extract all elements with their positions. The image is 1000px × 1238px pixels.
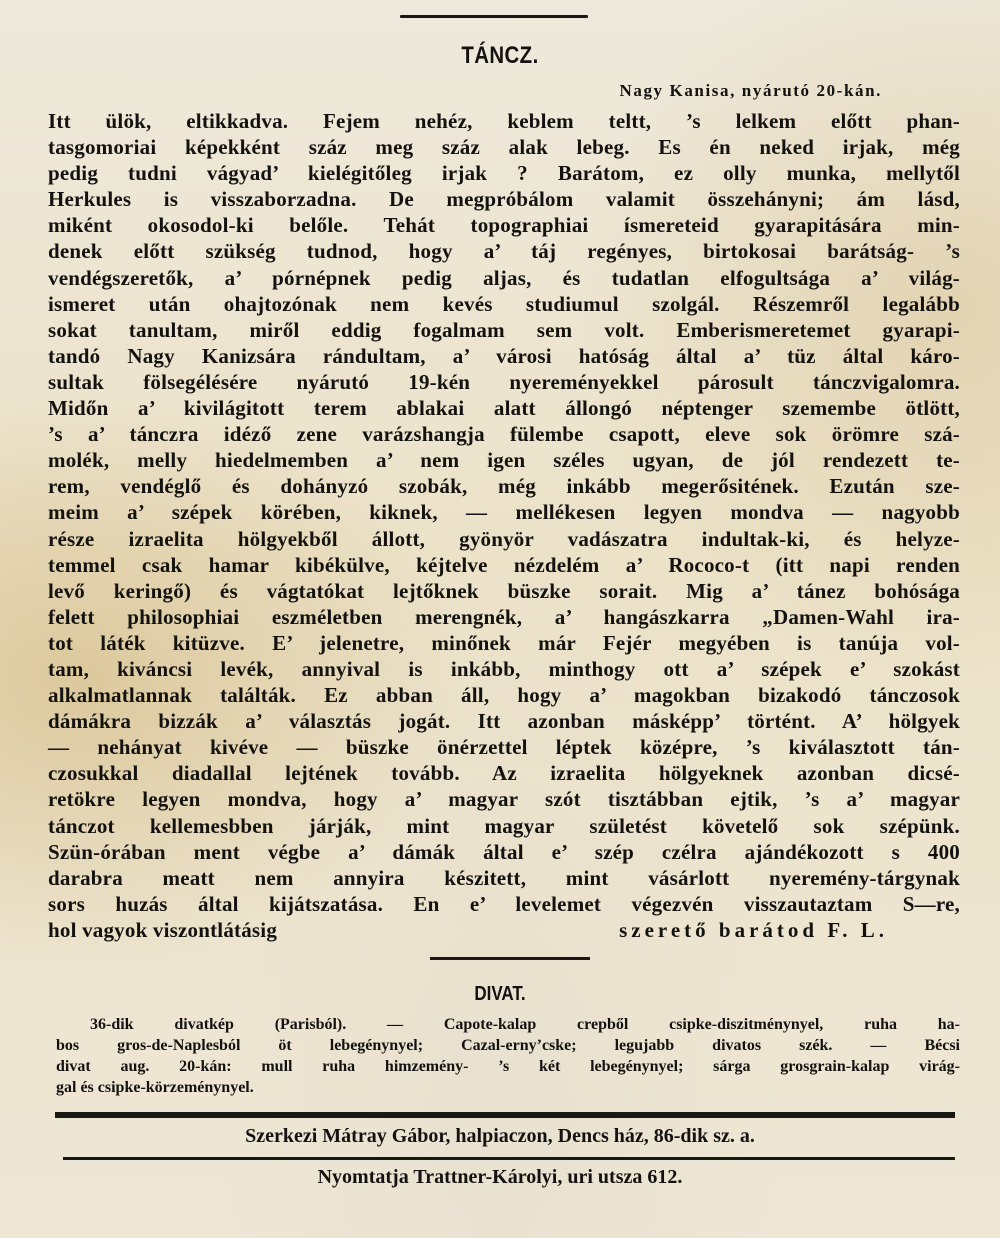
editor-line: Szerkezi Mátray Gábor, halpiaczon, Dencs… [0,1125,1000,1148]
body-line: tasgomoriai képekként száz meg száz alak… [48,134,960,160]
fashion-body: 36-dik divatkép (Parisból). — Capote-kal… [56,1014,960,1098]
body-line: felett philosophiai eszméletben merengné… [48,604,960,630]
body-line: darabra meatt nem annyira készitett, min… [48,865,960,891]
section-divider-rule [430,957,590,960]
body-line: molék, melly hiedelmemben a’ nem igen sz… [48,447,960,473]
colophon-mid-rule [63,1157,955,1160]
body-line: tandó Nagy Kanizsára rándultam, a’ város… [48,343,960,369]
body-line: rem, vendéglő és dohányzó szobák, még in… [48,473,960,499]
body-line: sokat tanultam, miről eddig fogalmam sem… [48,317,960,343]
body-line: tam, kiváncsi levék, annyival is inkább,… [48,656,960,682]
body-line: ’s a’ tánczra idéző zene varázshangja fü… [48,421,960,447]
body-line: része izraelita hölgyekből állott, gyöny… [48,526,960,552]
article-body: Itt ülök, eltikkadva. Fejem nehéz, keble… [48,108,960,943]
body-line: levő keringő) és vágtatókat lejtőknek bü… [48,578,960,604]
body-line: alkalmatlannak találták. Ez abban áll, h… [48,682,960,708]
body-line: Herkules is visszaborzadna. De megpróbál… [48,186,960,212]
body-line: denek előtt szükség tudnod, hogy a’ táj … [48,238,960,264]
body-line: tot láték kitüzve. E’ jelenetre, minőnek… [48,630,960,656]
body-line: retökre legyen mondva, hogy a’ magyar sz… [48,786,960,812]
body-line: Midőn a’ kivilágitott terem ablakai alat… [48,395,960,421]
article-dateline: Nagy Kanisa, nyárutó 20-kán. [619,81,882,101]
body-line: miként okosodol-ki belőle. Tehát topogra… [48,212,960,238]
closing-line: hol vagyok viszontlátásig szerető baráto… [48,917,960,943]
printer-line: Nyomtatja Trattner-Károlyi, uri utsza 61… [0,1166,1000,1189]
article-title: TÁNCZ. [75,42,925,70]
fashion-title: DIVAT. [75,983,925,1006]
body-line: pedig tudni vágyad’ kielégitőleg irjak ?… [48,160,960,186]
body-line: ismeret után ohajtozónak nem kevés studi… [48,291,960,317]
body-line: — nehányat kivéve — büszke önérzettel lé… [48,734,960,760]
body-line: temmel csak hamar kibékülve, kéjtelve né… [48,552,960,578]
top-divider-rule [400,15,588,18]
body-line: dámákra bizzák a’ választás jogát. Itt a… [48,708,960,734]
fashion-line: divat aug. 20-kán: mull ruha himzemény- … [56,1056,960,1077]
body-line: meim a’ szépek körében, kiknek, — mellék… [48,499,960,525]
colophon-top-rule [55,1112,955,1118]
fashion-line: 36-dik divatkép (Parisból). — Capote-kal… [56,1014,960,1035]
fashion-line: gal és csipke-körzeménynyel. [56,1077,960,1098]
body-line: Itt ülök, eltikkadva. Fejem nehéz, keble… [48,108,960,134]
closing-text: hol vagyok viszontlátásig [48,917,277,943]
body-line: tánczot kellemesbben járják, mint magyar… [48,813,960,839]
body-line: czosukkal diadallal lejtének tovább. Az … [48,760,960,786]
body-line: sors huzás által kijátszatása. En e’ lev… [48,891,960,917]
body-line: vendégszeretők, a’ pórnépnek pedig aljas… [48,265,960,291]
signature: szerető barátod F. L. [619,917,888,943]
body-line: Szün-órában ment végbe a’ dámák által e’… [48,839,960,865]
newspaper-page: TÁNCZ. Nagy Kanisa, nyárutó 20-kán. Itt … [0,0,1000,1238]
body-line: sultak fölsegélésére nyárutó 19-kén nyer… [48,369,960,395]
fashion-line: bos gros-de-Naplesból öt lebegénynyel; C… [56,1035,960,1056]
